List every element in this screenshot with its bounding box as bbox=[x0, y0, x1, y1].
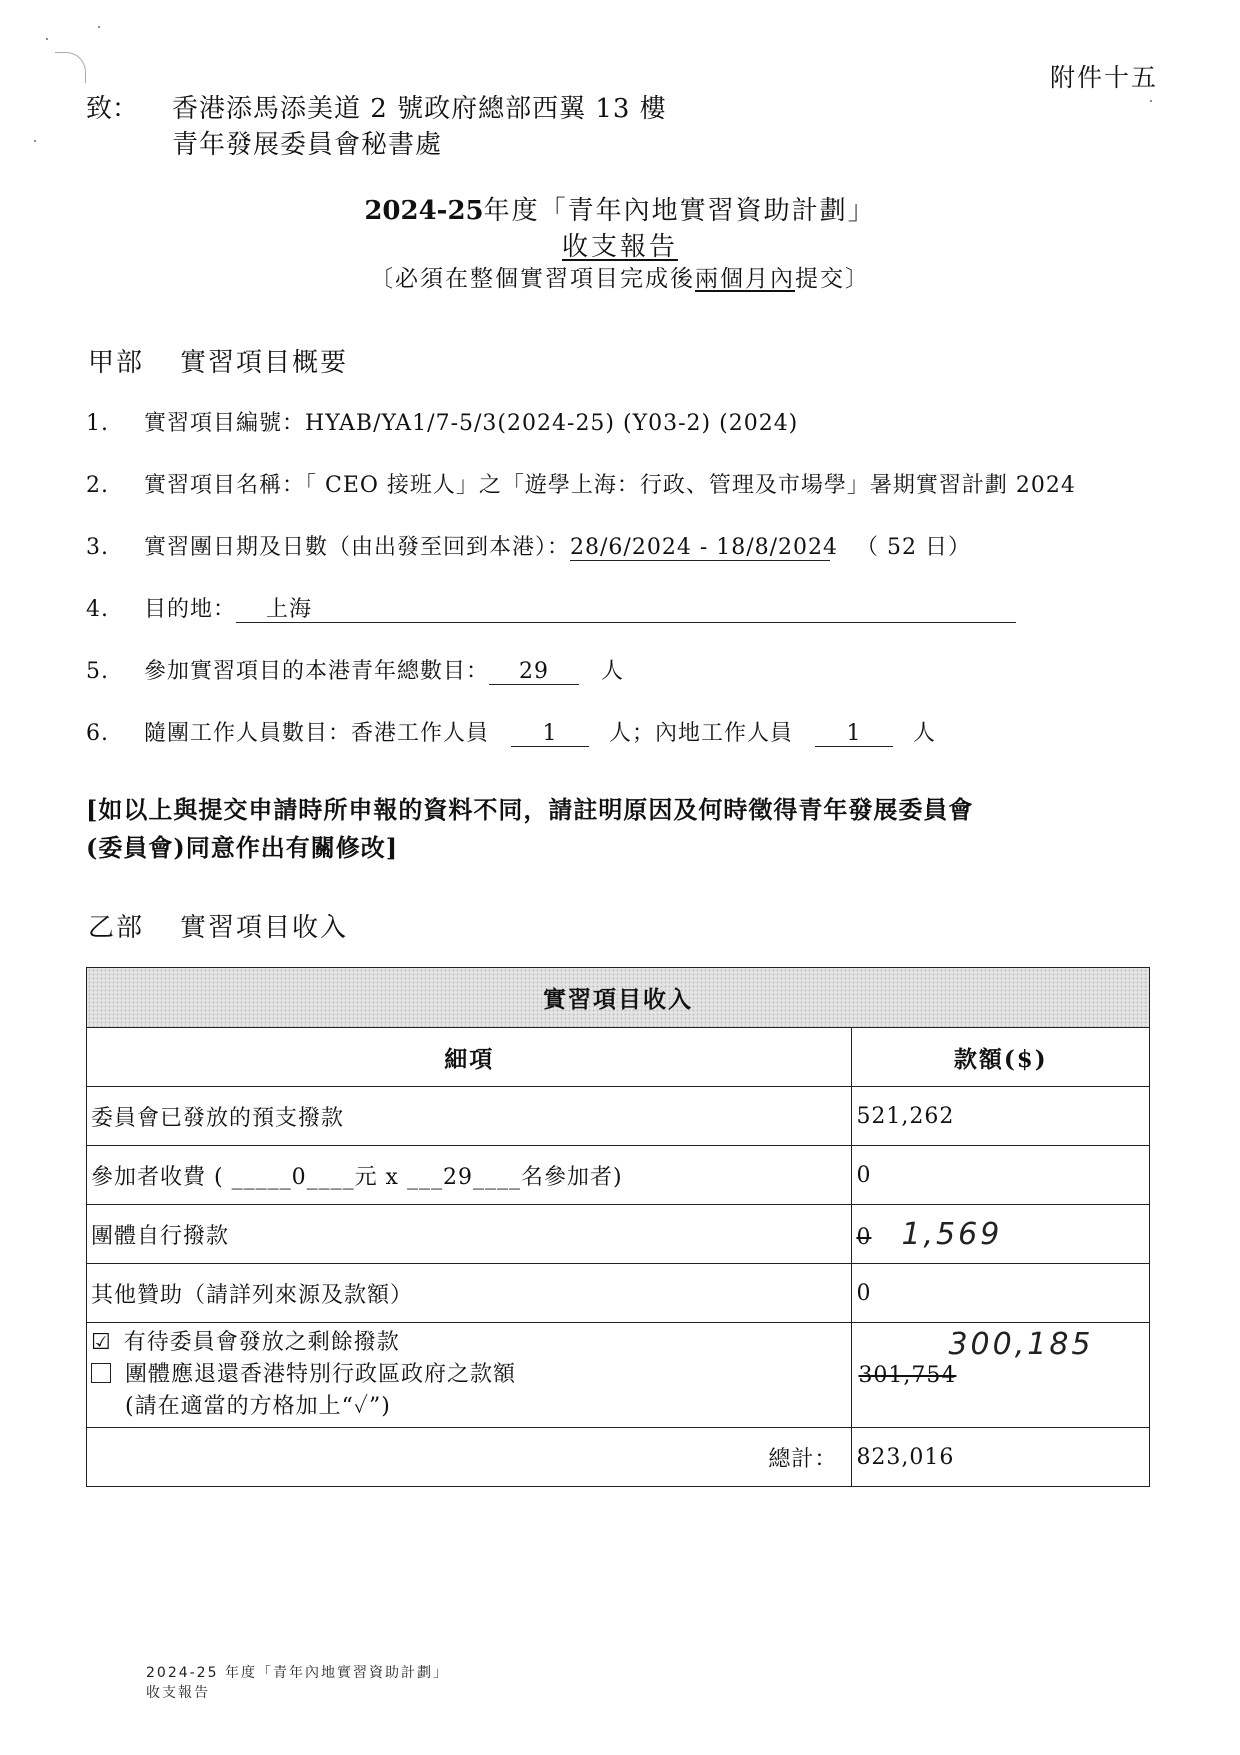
unit-label: 人；內地工作人員 bbox=[609, 721, 793, 746]
item-label: 參加實習項目的本港青年總數目： bbox=[144, 659, 489, 684]
item-participants: 5.參加實習項目的本港青年總數目：29 人 bbox=[86, 654, 624, 685]
item-project-number: 1.實習項目編號：HYAB/YA1/7-5/3(2024-25) (Y03-2)… bbox=[86, 406, 798, 437]
date-range-field: 28/6/2024 - 18/8/2024 bbox=[570, 536, 830, 561]
days-unit: 日） bbox=[917, 535, 971, 560]
checkbox-unchecked-icon[interactable] bbox=[91, 1363, 111, 1383]
project-number-value: HYAB/YA1/7-5/3(2024-25) (Y03-2) (2024) bbox=[305, 411, 798, 436]
item-project-name: 2.實習項目名稱：「 CEO 接班人」之「遊學上海：行政、管理及市場學」暑期實習… bbox=[86, 468, 1076, 499]
project-name-value: 「 CEO 接班人」之「遊學上海：行政、管理及市場學」暑期實習計劃 2024 bbox=[305, 473, 1076, 498]
balance-row: ☑有待委員會發放之剩餘撥款 團體應退還香港特別行政區政府之款額 (請在適當的方格… bbox=[87, 1323, 1150, 1428]
report-title: 收支報告 bbox=[0, 226, 1240, 263]
item-number: 4. bbox=[86, 597, 144, 622]
deadline-emphasis: 兩個月內 bbox=[695, 266, 795, 292]
item-staff: 6.隨團工作人員數目：香港工作人員 1 人；內地工作人員 1 人 bbox=[86, 716, 936, 747]
part-title: 實習項目收入 bbox=[180, 913, 348, 943]
scan-speck bbox=[46, 38, 48, 40]
scan-speck bbox=[98, 26, 100, 28]
option-label: 團體應退還香港特別行政區政府之款額 bbox=[125, 1362, 516, 1387]
part-label: 乙部 bbox=[88, 907, 180, 944]
row-item: 參加者收費 ( _____0____元 x ___29____名參加者) bbox=[87, 1146, 852, 1205]
row-amount: 0 bbox=[852, 1146, 1150, 1205]
income-table: 實習項目收入 細項 款額($) 委員會已發放的預支撥款 521,262 參加者收… bbox=[86, 967, 1150, 1487]
balance-amount: 300,185 301,754 bbox=[852, 1323, 1150, 1428]
scan-artifact bbox=[55, 52, 86, 83]
item-label: 實習項目名稱： bbox=[144, 473, 305, 498]
recipient-address: 香港添馬添美道 2 號政府總部西翼 13 樓 bbox=[172, 88, 667, 125]
item-dates: 3.實習團日期及日數（由出發至回到本港）：28/6/2024 - 18/8/20… bbox=[86, 530, 971, 561]
recipient-office: 青年發展委員會秘書處 bbox=[172, 124, 442, 161]
part-a-heading: 甲部實習項目概要 bbox=[88, 342, 348, 379]
destination-field: 上海 bbox=[236, 598, 1016, 623]
item-number: 6. bbox=[86, 721, 144, 746]
row-amount: 0 bbox=[852, 1264, 1150, 1323]
hk-staff-field: 1 bbox=[511, 722, 589, 747]
item-label: 隨團工作人員數目：香港工作人員 bbox=[144, 721, 489, 746]
unit-label: 人 bbox=[913, 721, 936, 746]
total-amount: 823,016 bbox=[852, 1428, 1150, 1487]
table-row: 其他贊助（請詳列來源及款額） 0 bbox=[87, 1264, 1150, 1323]
item-label: 實習項目編號： bbox=[144, 411, 305, 436]
row-item: 其他贊助（請詳列來源及款額） bbox=[87, 1264, 852, 1323]
item-destination: 4.目的地：上海 bbox=[86, 592, 1016, 623]
unit-label: 人 bbox=[601, 659, 624, 684]
footer-report: 收支報告 bbox=[146, 1682, 210, 1702]
part-label: 甲部 bbox=[88, 342, 180, 379]
title-year: 2024-25 bbox=[364, 196, 483, 226]
total-row: 總計： 823,016 bbox=[87, 1428, 1150, 1487]
table-row: 團體自行撥款 0 1,569 bbox=[87, 1205, 1150, 1264]
table-row: 委員會已發放的預支撥款 521,262 bbox=[87, 1087, 1150, 1146]
item-number: 5. bbox=[86, 659, 144, 684]
days-value: 52 bbox=[887, 535, 917, 560]
table-row: 參加者收費 ( _____0____元 x ___29____名參加者) 0 bbox=[87, 1146, 1150, 1205]
recipient-label: 致： bbox=[86, 88, 138, 125]
handwritten-amount: 1,569 bbox=[901, 1217, 1002, 1252]
option-label: 有待委員會發放之剩餘撥款 bbox=[124, 1330, 400, 1355]
participants-field: 29 bbox=[489, 660, 579, 685]
days-open: （ bbox=[856, 535, 887, 560]
balance-options: ☑有待委員會發放之剩餘撥款 團體應退還香港特別行政區政府之款額 (請在適當的方格… bbox=[87, 1323, 852, 1428]
amendment-note-cont: (委員會)同意作出有關修改] bbox=[86, 828, 398, 863]
checkbox-checked-icon[interactable]: ☑ bbox=[91, 1330, 112, 1355]
item-label: 實習團日期及日數（由出發至回到本港）： bbox=[144, 535, 570, 560]
row-amount: 0 1,569 bbox=[852, 1205, 1150, 1264]
row-item: 團體自行撥款 bbox=[87, 1205, 852, 1264]
annex-label: 附件十五 bbox=[1050, 58, 1158, 94]
scan-speck bbox=[34, 140, 36, 142]
column-header-item: 細項 bbox=[87, 1028, 852, 1087]
row-amount: 521,262 bbox=[852, 1087, 1150, 1146]
item-number: 2. bbox=[86, 473, 144, 498]
item-label: 目的地： bbox=[144, 597, 236, 622]
document-title: 2024-25年度「青年內地實習資助計劃」 bbox=[0, 190, 1240, 227]
submission-deadline: 〔必須在整個實習項目完成後兩個月內提交〕 bbox=[0, 260, 1240, 293]
part-title: 實習項目概要 bbox=[180, 348, 348, 378]
mainland-staff-field: 1 bbox=[815, 722, 893, 747]
total-label: 總計： bbox=[87, 1428, 852, 1487]
part-b-heading: 乙部實習項目收入 bbox=[88, 907, 348, 944]
report-title-text: 收支報告 bbox=[562, 232, 678, 262]
option-remaining-grant: ☑有待委員會發放之剩餘撥款 bbox=[91, 1327, 847, 1359]
scan-speck bbox=[1150, 100, 1152, 102]
footer-scheme: 2024-25 年度「青年內地實習資助計劃」 bbox=[146, 1662, 449, 1682]
struck-amount: 0 bbox=[856, 1225, 871, 1250]
item-number: 3. bbox=[86, 535, 144, 560]
struck-amount: 301,754 bbox=[858, 1363, 956, 1388]
column-header-amount: 款額($) bbox=[852, 1028, 1150, 1087]
item-number: 1. bbox=[86, 411, 144, 436]
option-refund: 團體應退還香港特別行政區政府之款額 bbox=[91, 1359, 847, 1391]
table-caption: 實習項目收入 bbox=[87, 968, 1150, 1028]
row-item: 委員會已發放的預支撥款 bbox=[87, 1087, 852, 1146]
title-scheme: 年度「青年內地實習資助計劃」 bbox=[484, 196, 876, 226]
amendment-note: [如以上與提交申請時所申報的資料不同，請註明原因及何時徵得青年發展委員會 bbox=[86, 790, 973, 825]
option-instruction: (請在適當的方格加上“✓”) bbox=[91, 1391, 847, 1423]
handwritten-amount: 300,185 bbox=[948, 1327, 1093, 1362]
deadline-text-end: 提交〕 bbox=[795, 266, 870, 292]
deadline-text: 〔必須在整個實習項目完成後 bbox=[370, 266, 695, 292]
